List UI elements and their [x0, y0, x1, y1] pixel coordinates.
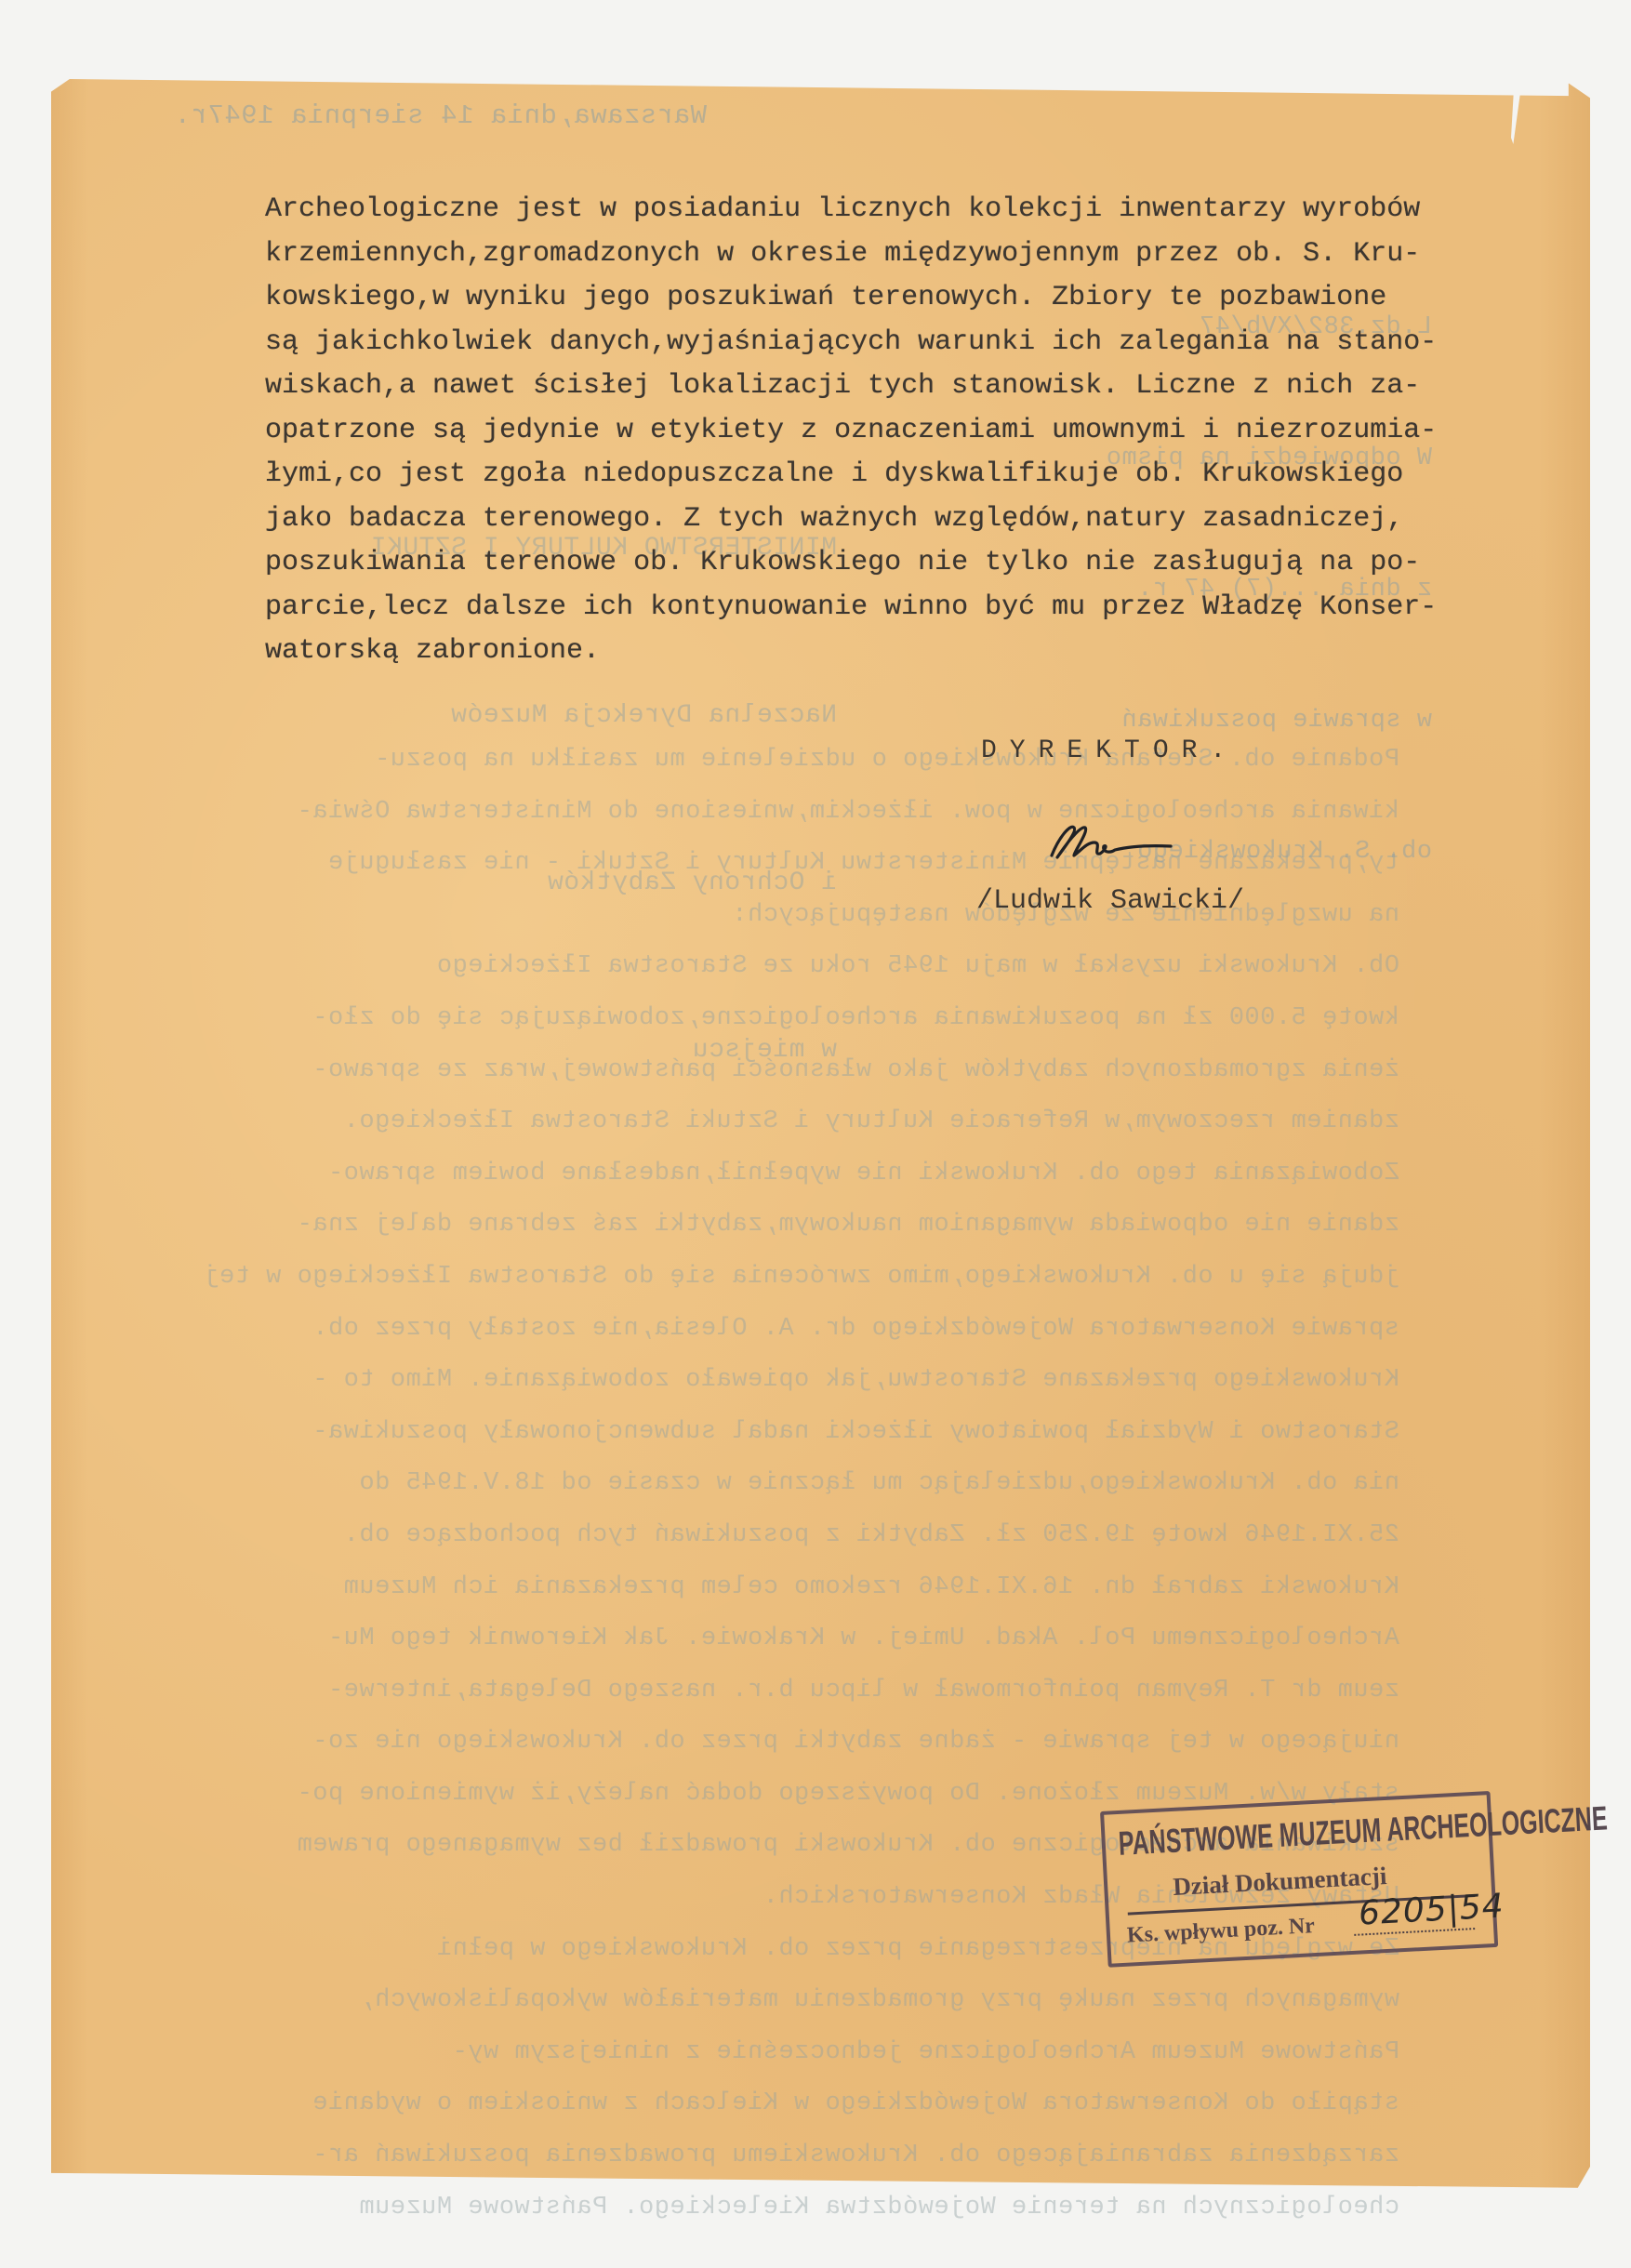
body-line: parcie,lecz dalsze ich kontynuowanie win… — [265, 586, 1604, 630]
body-line: łymi,co jest zgoła niedopuszczalne i dys… — [265, 453, 1604, 497]
stamp-registry-number: 6205|54 — [1358, 1887, 1505, 1932]
bleed-body-line: ty,przekazane następnie Ministerstwu Kul… — [60, 838, 1399, 890]
bleed-body-line: cheologicznych na terenie Województwa Ki… — [60, 2182, 1399, 2235]
bleed-body-line: jdują się u ob. Krukowskiego,mimo zwróce… — [60, 1252, 1399, 1304]
bleed-body-line: żenia zgromadzonych zabytków jako własno… — [60, 1045, 1399, 1097]
bleed-body-line: Państwowe Muzeum Archeologiczne jednocze… — [60, 2027, 1399, 2079]
body-line: watorską zabronione. — [265, 630, 1604, 674]
bleed-body-line: 25.XI.1946 kwotę 19.250 zł. Zabytki z po… — [60, 1510, 1399, 1562]
stamp-registry-label: Ks. wpływu poz. Nr — [1126, 1914, 1315, 1949]
bleed-body-line: kiwania archeologiczne w pow. iłżeckim,w… — [60, 787, 1399, 839]
body-line: krzemiennych,zgromadzonych w okresie mię… — [265, 232, 1604, 277]
bleed-body-line: nia ob. Krukowskiego,udzielając mu łączn… — [60, 1458, 1399, 1510]
body-line: są jakichkolwiek danych,wyjaśniających w… — [265, 321, 1604, 365]
bleed-body-line: Krukowski zabrał dn. 16.XI.1946 rzekomo … — [60, 1562, 1399, 1614]
body-line: poszukiwania terenowe ob. Krukowskiego n… — [265, 541, 1604, 586]
bleed-through-date: Warszawa,dnia 14 sierpnia 1947r. — [56, 100, 707, 131]
bleed-through-body: Podanie ob. Stefana Krukowskiego o udzie… — [60, 735, 1399, 2234]
signature-title: DYREKTOR. — [981, 736, 1239, 765]
bleed-body-line: kwotę 5.000 zł na poszukiwania archeolog… — [60, 993, 1399, 1045]
bleed-body-line: zdaniem rzeczowym,w Referacie Kultury i … — [60, 1096, 1399, 1148]
stamp-institution: PAŃSTWOWE MUZEUM ARCHEOLOGICZNE — [1118, 1807, 1480, 1864]
signatory-name: /Ludwik Sawicki/ — [976, 885, 1244, 917]
stamp-department: Dział Dokumentacji — [1173, 1862, 1388, 1902]
bleed-body-line: zdanie nie odpowiada wymaganiom naukowym… — [60, 1200, 1399, 1252]
bleed-body-line: zarządzenia zabraniającego ob. Krukowski… — [60, 2130, 1399, 2182]
bleed-body-line: Archeologicznemu Pol. Akad. Umiej. w Kra… — [60, 1613, 1399, 1665]
handwritten-signature-icon — [1046, 818, 1176, 865]
body-line: opatrzone są jedynie w etykiety z oznacz… — [265, 409, 1604, 454]
bleed-body-line: Krukowskiego przekazane Starostwu,jak op… — [60, 1355, 1399, 1407]
body-line: kowskiego,w wyniku jego poszukiwań teren… — [265, 276, 1604, 321]
body-line: jako badacza terenowego. Z tych ważnych … — [265, 497, 1604, 542]
bleed-body-line: niującego w tej sprawie - żadne zabytki … — [60, 1717, 1399, 1769]
body-line: wiskach,a nawet ścisłej lokalizacji tych… — [265, 365, 1604, 409]
letter-body: Archeologiczne jest w posiadaniu licznyc… — [265, 188, 1604, 674]
bleed-body-line: zeum dr T. Reyman poinformował w lipcu b… — [60, 1665, 1399, 1718]
bleed-body-line: sprawie Konserwatora Wojewódzkiego dr. A… — [60, 1304, 1399, 1356]
bleed-body-line: Zobowiązania tego ob. Krukowski nie wype… — [60, 1148, 1399, 1200]
bleed-body-line: Starostwo i Wydział powiatowy iłżecki na… — [60, 1407, 1399, 1459]
bleed-body-line: wymaganych przez naukę przy gromadzeniu … — [60, 1975, 1399, 2027]
museum-registry-stamp: PAŃSTWOWE MUZEUM ARCHEOLOGICZNE Dział Do… — [1100, 1791, 1498, 1968]
body-line: Archeologiczne jest w posiadaniu licznyc… — [265, 188, 1604, 232]
bleed-body-line: Ob. Krukowski uzyskał w maju 1945 roku z… — [60, 941, 1399, 993]
bleed-body-line: stąpiło do Konserwatora Wojewódzkiego w … — [60, 2078, 1399, 2130]
